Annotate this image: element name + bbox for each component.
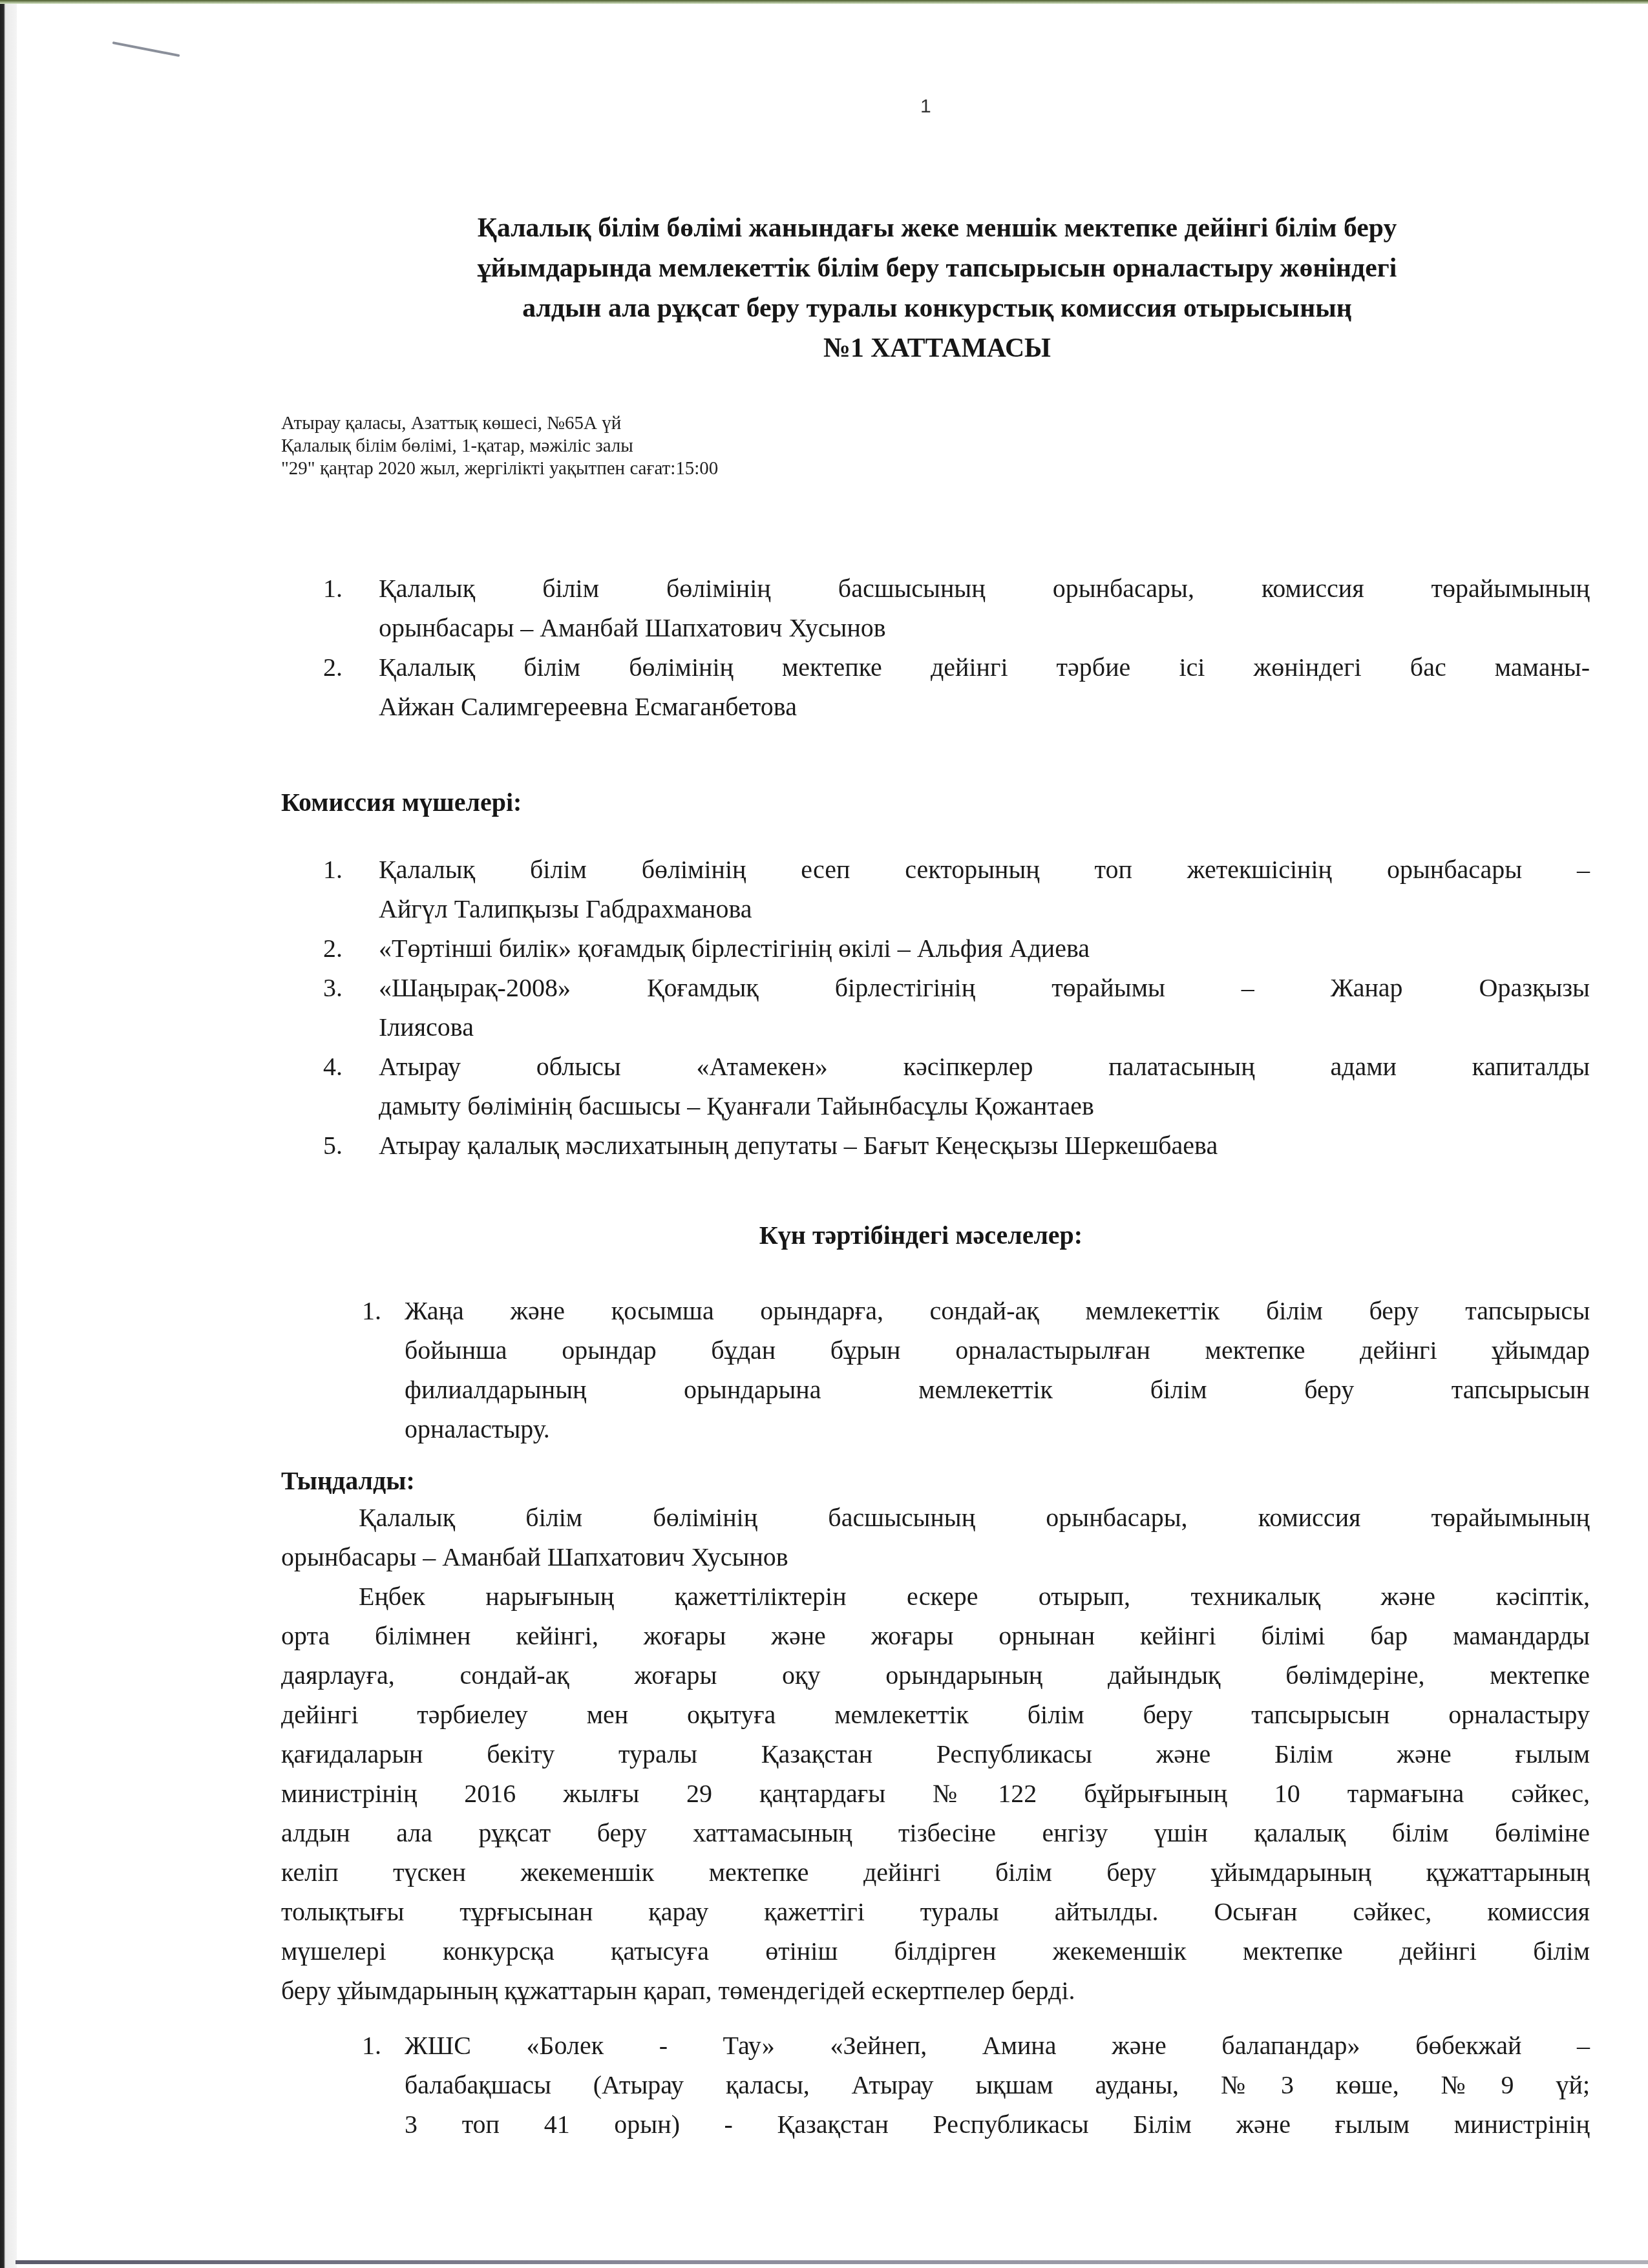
list-item: 1. Қалалық білім бөлімінің есеп секторын… — [323, 850, 1590, 929]
body-paragraph: Еңбек нарығының қажеттіліктерін ескере о… — [281, 1577, 1590, 2010]
paragraph-line: алдын ала рұқсат беру хаттамасының тізбе… — [281, 1813, 1590, 1853]
title-line: алдын ала рұқсат беру туралы конкурстық … — [301, 288, 1573, 328]
agenda-heading: Күн тәртібіндегі мәселелер: — [0, 1220, 1648, 1250]
paragraph-line: министрінің 2016 жылғы 29 қаңтардағы №12… — [281, 1774, 1590, 1813]
title-line: Қалалық білім бөлімі жанындағы жеке менш… — [301, 208, 1573, 248]
page-number: 1 — [920, 96, 931, 118]
list-item: 2. «Төртінші билік» қоғамдық бірлестігін… — [323, 929, 1590, 968]
paragraph-line: Еңбек нарығының қажеттіліктерін ескере о… — [281, 1577, 1590, 1616]
title-line-protocol-number: №1 ХАТТАМАСЫ — [301, 328, 1573, 368]
list-number: 1. — [323, 850, 343, 889]
list-line: 3 топ 41 орын) - Қазақстан Республикасы … — [405, 2105, 1590, 2144]
heard-heading: Тыңдалды: — [281, 1465, 415, 1496]
scan-bottom-edge — [16, 2260, 1648, 2264]
scan-left-edge — [0, 0, 17, 2268]
list-line: орынбасары – Аманбай Шапхатович Хусынов — [379, 608, 1590, 647]
paragraph-line: келіп түскен жекеменшік мектепке дейінгі… — [281, 1853, 1590, 1892]
list-line: бойынша орындар бұдан бұрын орналастырыл… — [405, 1330, 1590, 1370]
paragraph-line: Қалалық білім бөлімінің басшысының орынб… — [281, 1498, 1590, 1537]
list-line: Қалалық білім бөлімінің мектепке дейінгі… — [379, 647, 1590, 687]
list-number: 3. — [323, 968, 343, 1007]
members-list: 1. Қалалық білім бөлімінің есеп секторын… — [323, 850, 1590, 1165]
scan-staple-mark — [112, 41, 180, 57]
title-line: ұйымдарында мемлекеттік білім беру тапсы… — [301, 248, 1573, 288]
members-heading: Комиссия мүшелері: — [281, 787, 522, 817]
list-line: Атырау облысы «Атамекен» кәсіпкерлер пал… — [379, 1047, 1590, 1086]
list-line: дамыту бөлімінің басшысы – Қуанғали Тайы… — [379, 1086, 1590, 1126]
list-line: филиалдарының орындарына мемлекеттік біл… — [405, 1370, 1590, 1409]
list-line: Айжан Салимгереевна Есмаганбетова — [379, 687, 1590, 726]
paragraph-line: орта білімнен кейінгі, жоғары және жоғар… — [281, 1616, 1590, 1655]
list-item: 4. Атырау облысы «Атамекен» кәсіпкерлер … — [323, 1047, 1590, 1126]
list-number: 1. — [323, 569, 343, 608]
list-line: Қалалық білім бөлімінің басшысының орынб… — [379, 569, 1590, 608]
list-line: Ілиясова — [379, 1007, 1590, 1047]
list-item: 2. Қалалық білім бөлімінің мектепке дейі… — [323, 647, 1590, 726]
paragraph-line: мүшелері конкурсқа қатысуға өтініш білді… — [281, 1931, 1590, 1971]
list-line: Жаңа және қосымша орындарға, сондай-ақ м… — [405, 1291, 1590, 1330]
list-line: Атырау қалалық мәслихатының депутаты – Б… — [379, 1126, 1590, 1165]
list-item: 3. «Шаңырақ-2008» Қоғамдық бірлестігінің… — [323, 968, 1590, 1047]
meeting-address-block: Атырау қаласы, Азаттық көшесі, №65А үй Қ… — [281, 412, 718, 480]
chair-list: 1. Қалалық білім бөлімінің басшысының ор… — [323, 569, 1590, 726]
list-item: 5. Атырау қалалық мәслихатының депутаты … — [323, 1126, 1590, 1165]
list-number: 4. — [323, 1047, 343, 1086]
list-number: 5. — [323, 1126, 343, 1165]
list-line: ЖШС «Болек - Тау» «Зейнеп, Амина және ба… — [405, 2026, 1590, 2065]
list-number: 2. — [323, 647, 343, 687]
list-line: «Төртінші билік» қоғамдық бірлестігінің … — [379, 929, 1590, 968]
paragraph-line: дейінгі тәрбиелеу мен оқытуға мемлекетті… — [281, 1695, 1590, 1734]
list-line: Қалалық білім бөлімінің есеп секторының … — [379, 850, 1590, 889]
scan-top-edge — [0, 0, 1648, 4]
paragraph-line: беру ұйымдарының құжаттарын қарап, төмен… — [281, 1971, 1590, 2010]
paragraph-line: қағидаларын бекіту туралы Қазақстан Респ… — [281, 1734, 1590, 1774]
list-line: балабақшасы (Атырау қаласы, Атырау ықшам… — [405, 2065, 1590, 2105]
list-item: 1. ЖШС «Болек - Тау» «Зейнеп, Амина және… — [362, 2026, 1590, 2144]
meeting-room: Қалалық білім бөлімі, 1-қатар, мәжіліс з… — [281, 435, 718, 457]
remarks-list: 1. ЖШС «Болек - Тау» «Зейнеп, Амина және… — [362, 2026, 1590, 2144]
list-line: Айгүл Талипқызы Габдрахманова — [379, 889, 1590, 929]
list-line: орналастыру. — [405, 1409, 1590, 1449]
document-title: Қалалық білім бөлімі жанындағы жеке менш… — [301, 208, 1573, 368]
paragraph-line: даярлауға, сондай-ақ жоғары оқу орындары… — [281, 1655, 1590, 1695]
list-line: «Шаңырақ-2008» Қоғамдық бірлестігінің тө… — [379, 968, 1590, 1007]
meeting-datetime: "29" қаңтар 2020 жыл, жергілікті уақытпе… — [281, 457, 718, 480]
list-item: 1. Жаңа және қосымша орындарға, сондай-а… — [362, 1291, 1590, 1449]
list-number: 2. — [323, 929, 343, 968]
list-number: 1. — [362, 2026, 381, 2065]
list-item: 1. Қалалық білім бөлімінің басшысының ор… — [323, 569, 1590, 647]
speaker-paragraph: Қалалық білім бөлімінің басшысының орынб… — [281, 1498, 1590, 1577]
list-number: 1. — [362, 1291, 381, 1330]
paragraph-line: толықтығы тұрғысынан қарау қажеттігі тур… — [281, 1892, 1590, 1931]
meeting-location: Атырау қаласы, Азаттық көшесі, №65А үй — [281, 412, 718, 435]
agenda-list: 1. Жаңа және қосымша орындарға, сондай-а… — [362, 1291, 1590, 1449]
paragraph-line: орынбасары – Аманбай Шапхатович Хусынов — [281, 1537, 1590, 1577]
